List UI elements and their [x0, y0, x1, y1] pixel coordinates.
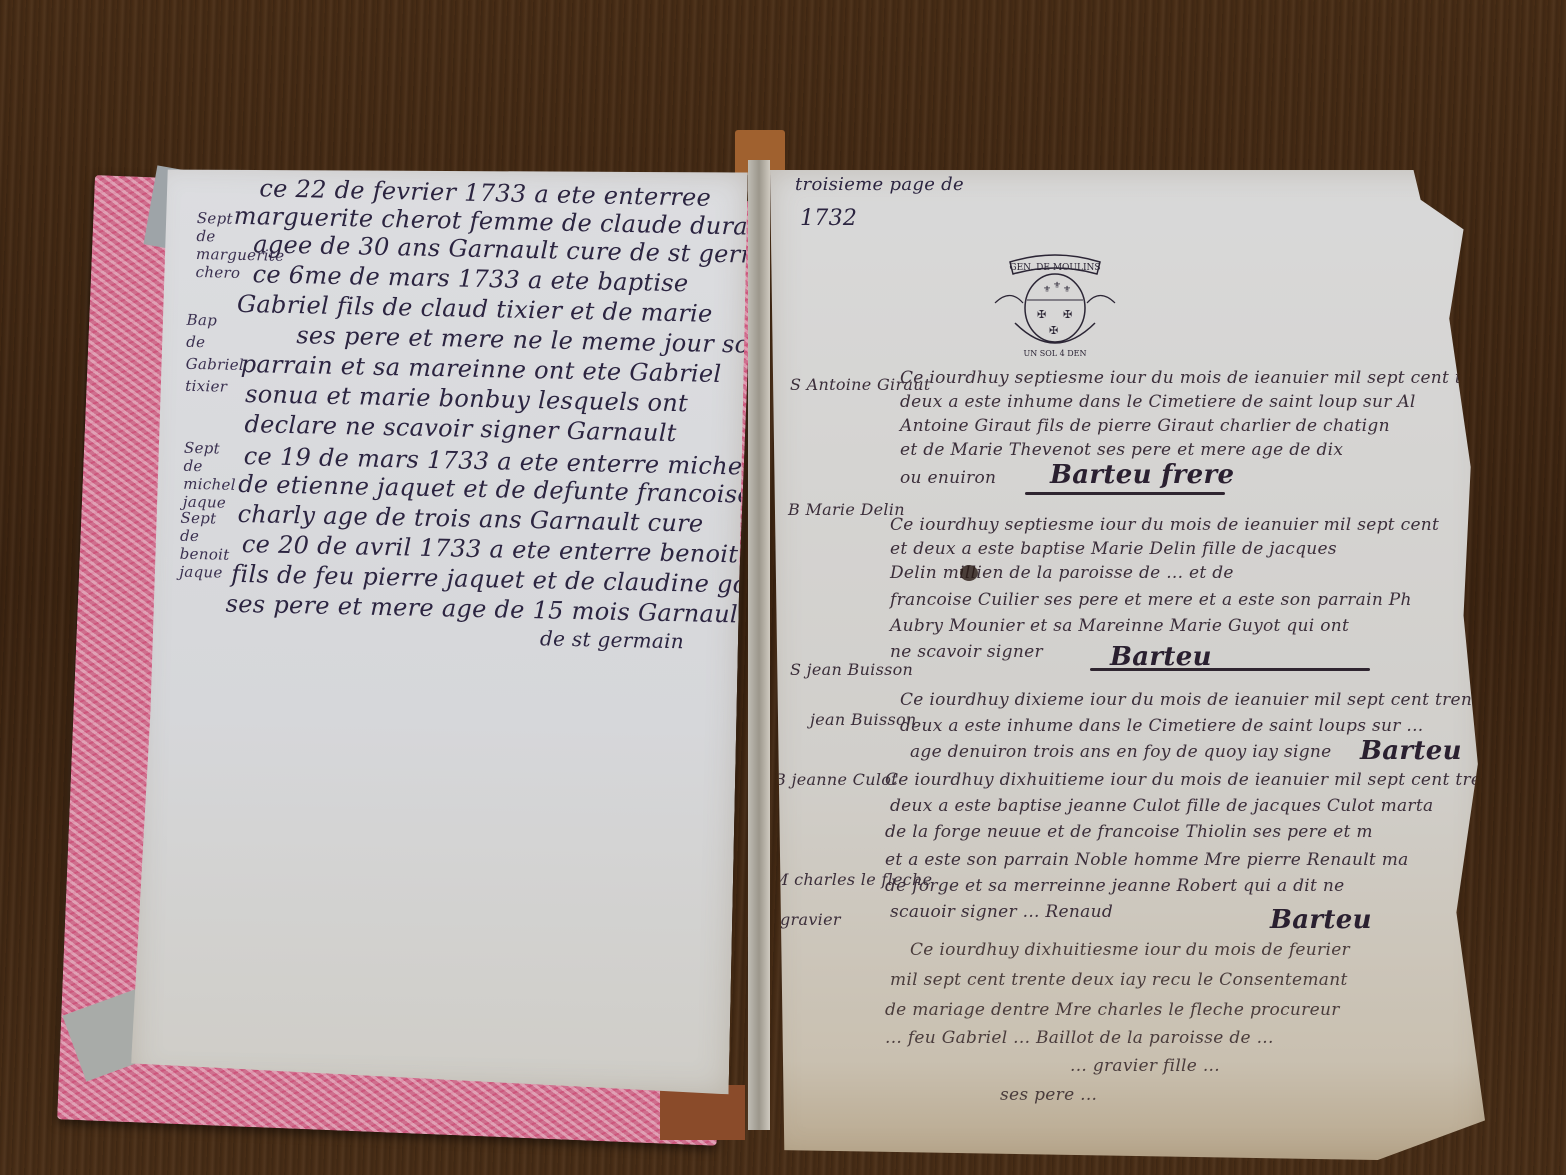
text-line: Ce iourdhuy dixieme iour du mois de iean… [900, 690, 1490, 710]
left-page: Sept de marguerite chero Bap de Gabriel … [131, 160, 748, 1094]
book-gutter [748, 160, 770, 1130]
svg-text:GEN. DE MOULINS: GEN. DE MOULINS [1009, 263, 1100, 273]
svg-text:⚜: ⚜ [1063, 285, 1071, 295]
text-line: ou enuiron [900, 468, 996, 488]
text-line: Ce iourdhuy dixhuitiesme iour du mois de… [910, 940, 1350, 960]
svg-text:⚜: ⚜ [1053, 281, 1061, 291]
signature-parish: de st germain [540, 626, 684, 653]
text-line: Ce iourdhuy septiesme iour du mois de ie… [900, 368, 1510, 388]
signature-flourish [1090, 668, 1370, 671]
text-line: age denuiron trois ans en foy de quoy ia… [910, 742, 1332, 762]
ink-stain [960, 565, 978, 581]
margin-note: Sept de benoit jaque [179, 509, 230, 582]
text-line: Ce iourdhuy dixhuitieme iour du mois de … [885, 770, 1510, 790]
margin-note: gravier [780, 910, 841, 929]
text-line: deux a este baptise jeanne Culot fille d… [890, 796, 1433, 816]
tax-stamp-seal: GEN. DE MOULINS ⚜ ⚜ ⚜ ✠ ✠ ✠ UN SOL 4 DEN [985, 248, 1125, 363]
text-line: ... gravier fille ... [1070, 1056, 1220, 1076]
svg-text:UN SOL 4 DEN: UN SOL 4 DEN [1023, 349, 1086, 358]
text-line: de mariage dentre Mre charles le fleche … [885, 1000, 1340, 1020]
text-line: Ce iourdhuy septiesme iour du mois de ie… [890, 515, 1439, 535]
margin-note: Sept de michel jaque [183, 439, 234, 512]
leather-spine-bottom [660, 1085, 745, 1140]
svg-text:✠: ✠ [1049, 324, 1058, 337]
margin-note: Bap de Gabriel tixier [185, 309, 237, 398]
text-line: ne scavoir signer [890, 642, 1043, 662]
text-line: scauoir signer ... Renaud [890, 902, 1113, 922]
svg-text:⚜: ⚜ [1043, 285, 1051, 295]
text-line: Delin millien de la paroisse de ... et d… [890, 563, 1234, 583]
text-line: Aubry Mounier et sa Mareinne Marie Guyot… [890, 616, 1349, 636]
text-line: francoise Cuilier ses pere et mere et a … [890, 590, 1412, 610]
svg-text:✠: ✠ [1037, 308, 1046, 321]
margin-note: B jeanne Culot [774, 770, 898, 789]
text-line: et de Marie Thevenot ses pere et mere ag… [900, 440, 1343, 460]
signature: Barteu [1270, 905, 1372, 935]
margin-note: B Marie Delin [788, 500, 905, 519]
text-line: de la forge neuue et de francoise Thioli… [885, 822, 1373, 842]
text-line: Antoine Giraut fils de pierre Giraut cha… [900, 416, 1390, 436]
signature-flourish [1025, 492, 1225, 495]
margin-note: S jean Buisson [790, 660, 913, 679]
text-line: deux a este inhume dans le Cimetiere de … [900, 392, 1416, 412]
fleur-de-lis-crest-icon: GEN. DE MOULINS ⚜ ⚜ ⚜ ✠ ✠ ✠ UN SOL 4 DEN [985, 248, 1125, 363]
open-register-book: Sept de marguerite chero Bap de Gabriel … [0, 0, 1566, 1175]
page-header: troisieme page de [795, 174, 964, 195]
text-line: mil sept cent trente deux iay recu le Co… [890, 970, 1348, 990]
signature: Barteu frere [1050, 460, 1234, 490]
text-line: deux a este inhume dans le Cimetiere de … [900, 716, 1423, 736]
text-line: et deux a este baptise Marie Delin fille… [890, 539, 1337, 559]
signature: Barteu [1360, 736, 1462, 766]
text-line: et a este son parrain Noble homme Mre pi… [885, 850, 1409, 870]
svg-text:✠: ✠ [1063, 308, 1072, 321]
text-line: de forge et sa merreinne jeanne Robert q… [885, 876, 1344, 896]
text-line: ... feu Gabriel ... Baillot de la parois… [885, 1028, 1274, 1048]
right-page: troisieme page de 1732 S Antoine Giraut … [770, 170, 1485, 1160]
text-line: ses pere ... [1000, 1085, 1097, 1105]
page-year: 1732 [800, 206, 857, 231]
